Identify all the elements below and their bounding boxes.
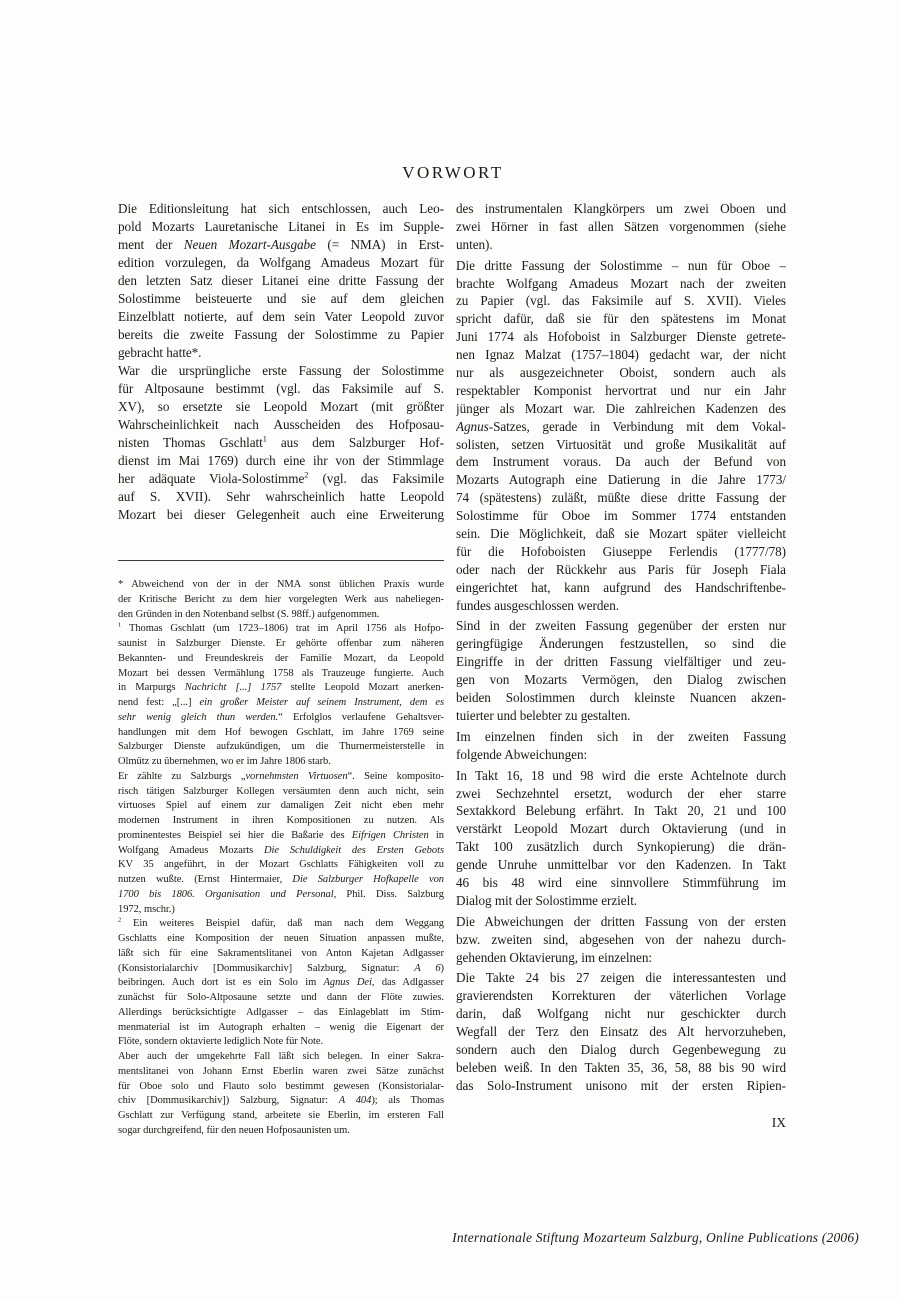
- text-line: Gschlatt zur Verfügung stand, arbeitete …: [118, 1109, 444, 1124]
- text-line: den Gründen in den Notenband selbst (S. …: [118, 608, 444, 623]
- text-line: unten).: [456, 236, 786, 254]
- text-line: War die ursprüngliche erste Fassung der …: [118, 362, 444, 380]
- paragraph: Die Abweichungen der dritten Fassung von…: [456, 913, 786, 967]
- text-line: dem Instrument voraus. Da auch der Befun…: [456, 453, 786, 471]
- text-line: saunist in Salzburger Dienste. Er gehört…: [118, 637, 444, 652]
- text-line: 46 bis 48 wird eine sinnvollere Stimmfüh…: [456, 874, 786, 892]
- text-line: Gschlatts eine Komposition der neuen Sit…: [118, 932, 444, 947]
- text-line: nend fest: „[...] ein großer Meister auf…: [118, 696, 444, 711]
- text-line: das Solo-Instrument unisono mit der erst…: [456, 1077, 786, 1095]
- text-line: geringfügige Änderungen festzustellen, s…: [456, 635, 786, 653]
- text-line: Die Editionsleitung hat sich entschlosse…: [118, 200, 444, 218]
- text-line: prominentestes Beispiel sei hier die Baß…: [118, 829, 444, 844]
- text-line: Allerdings berücksichtigte Adlgasser – d…: [118, 1006, 444, 1021]
- paragraph: Im einzelnen finden sich in der zweiten …: [456, 728, 786, 764]
- text-line: Die dritte Fassung der Solostimme – nun …: [456, 257, 786, 275]
- text-line: Takt 100 zusätzlich durch Synkopierung) …: [456, 838, 786, 856]
- paragraph: Er zählte zu Salzburgs „vornehmsten Virt…: [118, 770, 444, 918]
- text-line: bereits die zweite Fassung der Solostimm…: [118, 326, 444, 344]
- footnotes-block: * Abweichend von der in der NMA sonst üb…: [118, 578, 444, 1139]
- text-line: Sind in der zweiten Fassung gegenüber de…: [456, 617, 786, 635]
- text-line: Er zählte zu Salzburgs „vornehmsten Virt…: [118, 770, 444, 785]
- text-line: sein. Die Möglichkeit, daß sie Mozart sp…: [456, 525, 786, 543]
- text-line: 1700 bis 1806. Organisation und Personal…: [118, 888, 444, 903]
- text-line: Salzburger Dienste aufzukündigen, um die…: [118, 740, 444, 755]
- text-line: beibringen. Auch dort ist es ein Solo im…: [118, 976, 444, 991]
- footnote-separator-rule: [118, 560, 444, 561]
- left-column-text: Die Editionsleitung hat sich entschlosse…: [118, 200, 444, 524]
- page-number: IX: [456, 1115, 786, 1131]
- text-line: brachte Wolfgang Amadeus Mozart nach der…: [456, 275, 786, 293]
- text-line: gen von Mozarts Vermögen, den Dialog zwi…: [456, 671, 786, 689]
- text-line: 1 Thomas Gschlatt (um 1723–1806) trat im…: [118, 622, 444, 637]
- text-line: edition vorzulegen, da Wolfgang Amadeus …: [118, 254, 444, 272]
- text-line: beleben weiß. In den Takten 35, 36, 58, …: [456, 1059, 786, 1077]
- text-line: Flöte, sondern oktavierte lediglich Note…: [118, 1035, 444, 1050]
- paragraph: Sind in der zweiten Fassung gegenüber de…: [456, 617, 786, 724]
- text-line: XV), so ersetzte sie Leopold Mozart (mit…: [118, 398, 444, 416]
- text-line: Wegfall der Terz den Einsatz des Alt her…: [456, 1023, 786, 1041]
- paragraph: War die ursprüngliche erste Fassung der …: [118, 362, 444, 524]
- document-page: VORWORT Die Editionsleitung hat sich ent…: [0, 0, 900, 1299]
- text-line: Sextakkord Belebung erfährt. In Takt 20,…: [456, 802, 786, 820]
- text-line: Agnus-Satzes, gerade in Verbindung mit d…: [456, 418, 786, 436]
- text-line: zunächst für Solo-Altposaune setzte und …: [118, 991, 444, 1006]
- text-line: her adäquate Viola-Solostimme2 (vgl. das…: [118, 470, 444, 488]
- text-line: sogar durchgreifend, für den neuen Hofpo…: [118, 1124, 444, 1139]
- paragraph: Aber auch der umgekehrte Fall läßt sich …: [118, 1050, 444, 1139]
- text-line: Im einzelnen finden sich in der zweiten …: [456, 728, 786, 746]
- text-line: gravierendsten Korrekturen der väterlich…: [456, 987, 786, 1005]
- text-line: ment der Neuen Mozart-Ausgabe (= NMA) in…: [118, 236, 444, 254]
- text-line: des instrumentalen Klangkörpers um zwei …: [456, 200, 786, 218]
- text-line: nen Ignaz Malzat (1757–1804) gedacht war…: [456, 346, 786, 364]
- text-line: mentslitanei von Johann Ernst Eberlin wa…: [118, 1065, 444, 1080]
- text-line: für Oboe solo und Flauto solo bestimmt g…: [118, 1080, 444, 1095]
- text-line: handlungen mit dem Hof bewogen Gschlatt,…: [118, 726, 444, 741]
- text-line: fundes ausgeschlossen werden.: [456, 597, 786, 615]
- text-line: 74 (spätestens) zuläßt, müßte diese drit…: [456, 489, 786, 507]
- text-line: nutzen wußte. (Ernst Hintermaier, Die Sa…: [118, 873, 444, 888]
- text-line: In Takt 16, 18 und 98 wird die erste Ach…: [456, 767, 786, 785]
- text-line: nisten Thomas Gschlatt1 aus dem Salzburg…: [118, 434, 444, 452]
- text-line: tuierter und belebter zu gestalten.: [456, 707, 786, 725]
- text-line: KV 35 angeführt, in der Mozart Gschlatts…: [118, 858, 444, 873]
- paragraph: Die Editionsleitung hat sich entschlosse…: [118, 200, 444, 362]
- text-line: Mozart bei dieser Gelegenheit auch eine …: [118, 506, 444, 524]
- text-line: sehr wenig gleich thun werden.“ Erfolglo…: [118, 711, 444, 726]
- text-line: pold Mozarts Lauretanische Litanei in Es…: [118, 218, 444, 236]
- text-line: 2 Ein weiteres Beispiel dafür, daß man n…: [118, 917, 444, 932]
- text-line: oder nach der Rückkehr aus Paris für Jos…: [456, 561, 786, 579]
- text-line: läßt sich für eine Sakramentslitanei von…: [118, 947, 444, 962]
- text-line: spricht dafür, daß sie für den spätesten…: [456, 310, 786, 328]
- text-line: verstärkt Leopold Mozart durch Oktavieru…: [456, 820, 786, 838]
- text-line: Die Takte 24 bis 27 zeigen die interessa…: [456, 969, 786, 987]
- paragraph: 1 Thomas Gschlatt (um 1723–1806) trat im…: [118, 622, 444, 770]
- text-line: bzw. zweiten sind, abgesehen von der nah…: [456, 931, 786, 949]
- text-line: beiden Solostimmen durch kleinste Nuance…: [456, 689, 786, 707]
- text-line: respektabler Komponist hervortrat und nu…: [456, 382, 786, 400]
- text-line: jünger als Mozart war. Die zahlreichen K…: [456, 400, 786, 418]
- text-line: darin, daß Wolfgang nicht nur geschickte…: [456, 1005, 786, 1023]
- page-title: VORWORT: [118, 163, 788, 183]
- right-column-text: des instrumentalen Klangkörpers um zwei …: [456, 200, 786, 1095]
- text-line: Juni 1774 als Hofoboist in Salzburger Di…: [456, 328, 786, 346]
- text-line: Die Abweichungen der dritten Fassung von…: [456, 913, 786, 931]
- text-line: Wahrscheinlichkeit nach Ausscheiden des …: [118, 416, 444, 434]
- text-line: dienst im Mai 1769) durch eine ihr von d…: [118, 452, 444, 470]
- text-line: zwei Sechzehntel ersetzt, wodurch der eh…: [456, 785, 786, 803]
- text-line: (Konsistorialarchiv [Dommusikarchiv] Sal…: [118, 962, 444, 977]
- text-line: Wolfgang Amadeus Mozarts Die Schuldigkei…: [118, 844, 444, 859]
- text-line: gehenden Oktavierung, im einzelnen:: [456, 949, 786, 967]
- text-line: Solostimme beisteuerte und sie auf dem g…: [118, 290, 444, 308]
- text-line: chiv [Dommusikarchiv]) Salzburg, Signatu…: [118, 1094, 444, 1109]
- text-line: * Abweichend von der in der NMA sonst üb…: [118, 578, 444, 593]
- paragraph: * Abweichend von der in der NMA sonst üb…: [118, 578, 444, 622]
- text-line: solisten, setzen Virtuosität und große M…: [456, 436, 786, 454]
- text-line: folgende Abweichungen:: [456, 746, 786, 764]
- text-line: in Marpurgs Nachricht [...] 1757 stellte…: [118, 681, 444, 696]
- text-line: sondern auch den Dialog durch Gegenbeweg…: [456, 1041, 786, 1059]
- paragraph: 2 Ein weiteres Beispiel dafür, daß man n…: [118, 917, 444, 1050]
- text-line: den letzten Satz dieser Litanei eine dri…: [118, 272, 444, 290]
- text-line: zu Papier (vgl. das Faksimile auf S. XVI…: [456, 292, 786, 310]
- text-line: Eingriffe in der dritten Fassung vielfäl…: [456, 653, 786, 671]
- text-line: der Kritische Bericht zu dem hier vorgel…: [118, 593, 444, 608]
- paragraph: Die Takte 24 bis 27 zeigen die interessa…: [456, 969, 786, 1094]
- text-line: Mozarts Autograph eine Datierung in die …: [456, 471, 786, 489]
- text-line: Mozart bei dessen Vermählung 1758 als Tr…: [118, 667, 444, 682]
- text-line: gebracht hatte*.: [118, 344, 444, 362]
- text-line: für die Hofoboisten Giuseppe Ferlendis (…: [456, 543, 786, 561]
- text-line: eingerichtet hat, kann aufgrund des Hand…: [456, 579, 786, 597]
- text-line: für Altposaune bestimmt (vgl. das Faksim…: [118, 380, 444, 398]
- text-line: auf S. XVII). Sehr wahrscheinlich hatte …: [118, 488, 444, 506]
- text-line: zwei Hörner in fast allen Sätzen vorgeno…: [456, 218, 786, 236]
- paragraph: In Takt 16, 18 und 98 wird die erste Ach…: [456, 767, 786, 910]
- text-line: gende Unruhe unmittelbar vor den Kadenze…: [456, 856, 786, 874]
- text-line: menmaterial ist im Autograph erhalten – …: [118, 1021, 444, 1036]
- text-line: 1972, mschr.): [118, 903, 444, 918]
- text-line: nur als ausgezeichneter Oboist, sondern …: [456, 364, 786, 382]
- text-line: virtuoses Spiel auf einem zur damaligen …: [118, 799, 444, 814]
- text-line: Bekannten- und Freundeskreis der Familie…: [118, 652, 444, 667]
- text-line: risch tätigen Salzburger Kollegen versäu…: [118, 785, 444, 800]
- footer-credit: Internationale Stiftung Mozarteum Salzbu…: [452, 1230, 859, 1246]
- text-line: modernen Instrument in ihren Komposition…: [118, 814, 444, 829]
- text-line: Einzelblatt notierte, auf dem sein Vater…: [118, 308, 444, 326]
- text-line: Solostimme für Oboe im Sommer 1774 entst…: [456, 507, 786, 525]
- paragraph: des instrumentalen Klangkörpers um zwei …: [456, 200, 786, 254]
- text-line: Aber auch der umgekehrte Fall läßt sich …: [118, 1050, 444, 1065]
- text-line: Olmütz zu übernehmen, wo er im Jahre 180…: [118, 755, 444, 770]
- text-line: Dialog mit der Solostimme erzielt.: [456, 892, 786, 910]
- paragraph: Die dritte Fassung der Solostimme – nun …: [456, 257, 786, 615]
